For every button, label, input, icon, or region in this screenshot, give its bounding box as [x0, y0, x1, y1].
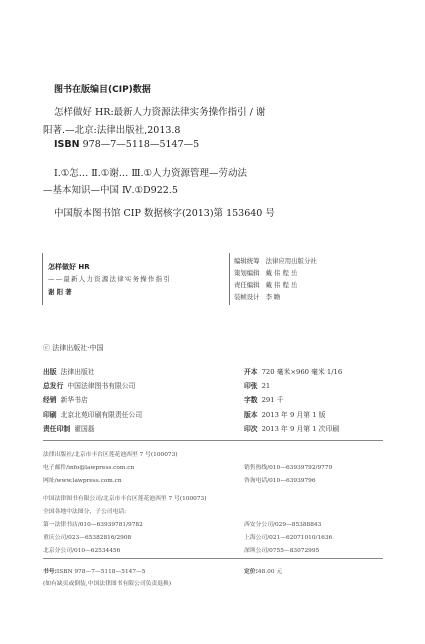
pub-row: 责任印制翟国磊 [43, 423, 95, 433]
cip-heading: 图书在版编目(CIP)数据 [54, 82, 151, 95]
cip-classification-line-1: Ⅰ.①怎… Ⅱ.①谢… Ⅲ.①人力资源管理—劳动法 [54, 165, 247, 179]
branches-heading: 全国各地中法图分、子公司电话: [43, 506, 126, 515]
website-line: 网址/www.lawpress.com.cn [43, 475, 122, 484]
isbn-value: 978—7—5118—5147—5 [83, 139, 200, 150]
book-title: 怎样做好 HR [48, 262, 90, 272]
consult-phone: 咨询电话/010—63939796 [244, 475, 316, 484]
pub-row: 版本2013 年 9 月第 1 版 [244, 409, 326, 419]
book-subtitle: ——最新人力资源法律实务操作指引 [48, 274, 171, 283]
editor-row: 编辑统筹 法律应用出版分社 [234, 256, 317, 265]
footer-divider [43, 558, 383, 559]
copyright-line: ⓒ 法律出版社·中国 [43, 343, 103, 353]
branch-phone: 上海公司/021—62071010/1636 [244, 532, 332, 541]
distributor-address: 中国法律图书有限公司/北京市丰台区莲花池西里 7 号(100073) [43, 493, 207, 502]
isbn-label: ISBN [54, 139, 80, 150]
email-line: 电子邮件/info@lawpress.com.cn [43, 462, 134, 471]
pub-row: 印张21 [244, 380, 270, 390]
branch-phone: 深圳公司/0755—83072995 [244, 545, 319, 554]
price: 定价:48.00 元 [244, 566, 282, 575]
pub-row: 印次2013 年 9 月第 1 次印刷 [244, 423, 339, 433]
cip-classification-line-2: —基本知识—中国 Ⅳ.①D922.5 [43, 182, 178, 196]
pub-row: 经销新华书店 [43, 394, 88, 404]
pub-row: 开本720 毫米×960 毫米 1/16 [244, 366, 342, 376]
book-number: 书号:ISBN 978—7—5118—5147—5 [43, 566, 146, 575]
cip-number: 中国版本图书馆 CIP 数据核字(2013)第 153640 号 [54, 205, 275, 219]
title-box-divider [42, 253, 43, 305]
cip-publisher-line: 阳著.—北京:法律出版社,2013.8 [43, 122, 180, 136]
pub-row: 字数291 千 [244, 394, 284, 404]
editors-divider [229, 253, 230, 305]
pub-row: 印刷北京北苑印刷有限责任公司 [43, 409, 142, 419]
sales-hotline: 销售热线/010—63939792/9779 [244, 462, 332, 471]
branch-phone: 西安分公司/029—85388843 [244, 519, 321, 528]
return-notice: (如有缺页或倒装,中国法律图书有限公司负责退换) [43, 578, 171, 587]
editor-row: 装帧设计 李 瞻 [234, 292, 280, 301]
branch-phone: 重庆公司/023—65382816/2908 [43, 532, 131, 541]
editor-row: 策划编辑 戴 伟 程 岳 [234, 268, 297, 277]
section-divider [43, 440, 383, 441]
publisher-address: 法律出版社/北京市丰台区莲花池西里 7 号(100073) [43, 449, 178, 458]
book-author: 谢 阳 著 [48, 287, 72, 296]
branch-phone: 北京分公司/010—62534456 [43, 545, 120, 554]
editor-row: 责任编辑 戴 伟 程 岳 [234, 280, 297, 289]
pub-row: 出版法律出版社 [43, 366, 95, 376]
cip-isbn-line: ISBN 978—7—5118—5147—5 [54, 139, 199, 150]
branch-phone: 第一法律书店/010—63939781/9782 [43, 519, 143, 528]
cip-title-line: 怎样做好 HR:最新人力资源法律实务操作指引 / 谢 [54, 104, 265, 118]
pub-row: 总发行中国法律图书有限公司 [43, 380, 135, 390]
